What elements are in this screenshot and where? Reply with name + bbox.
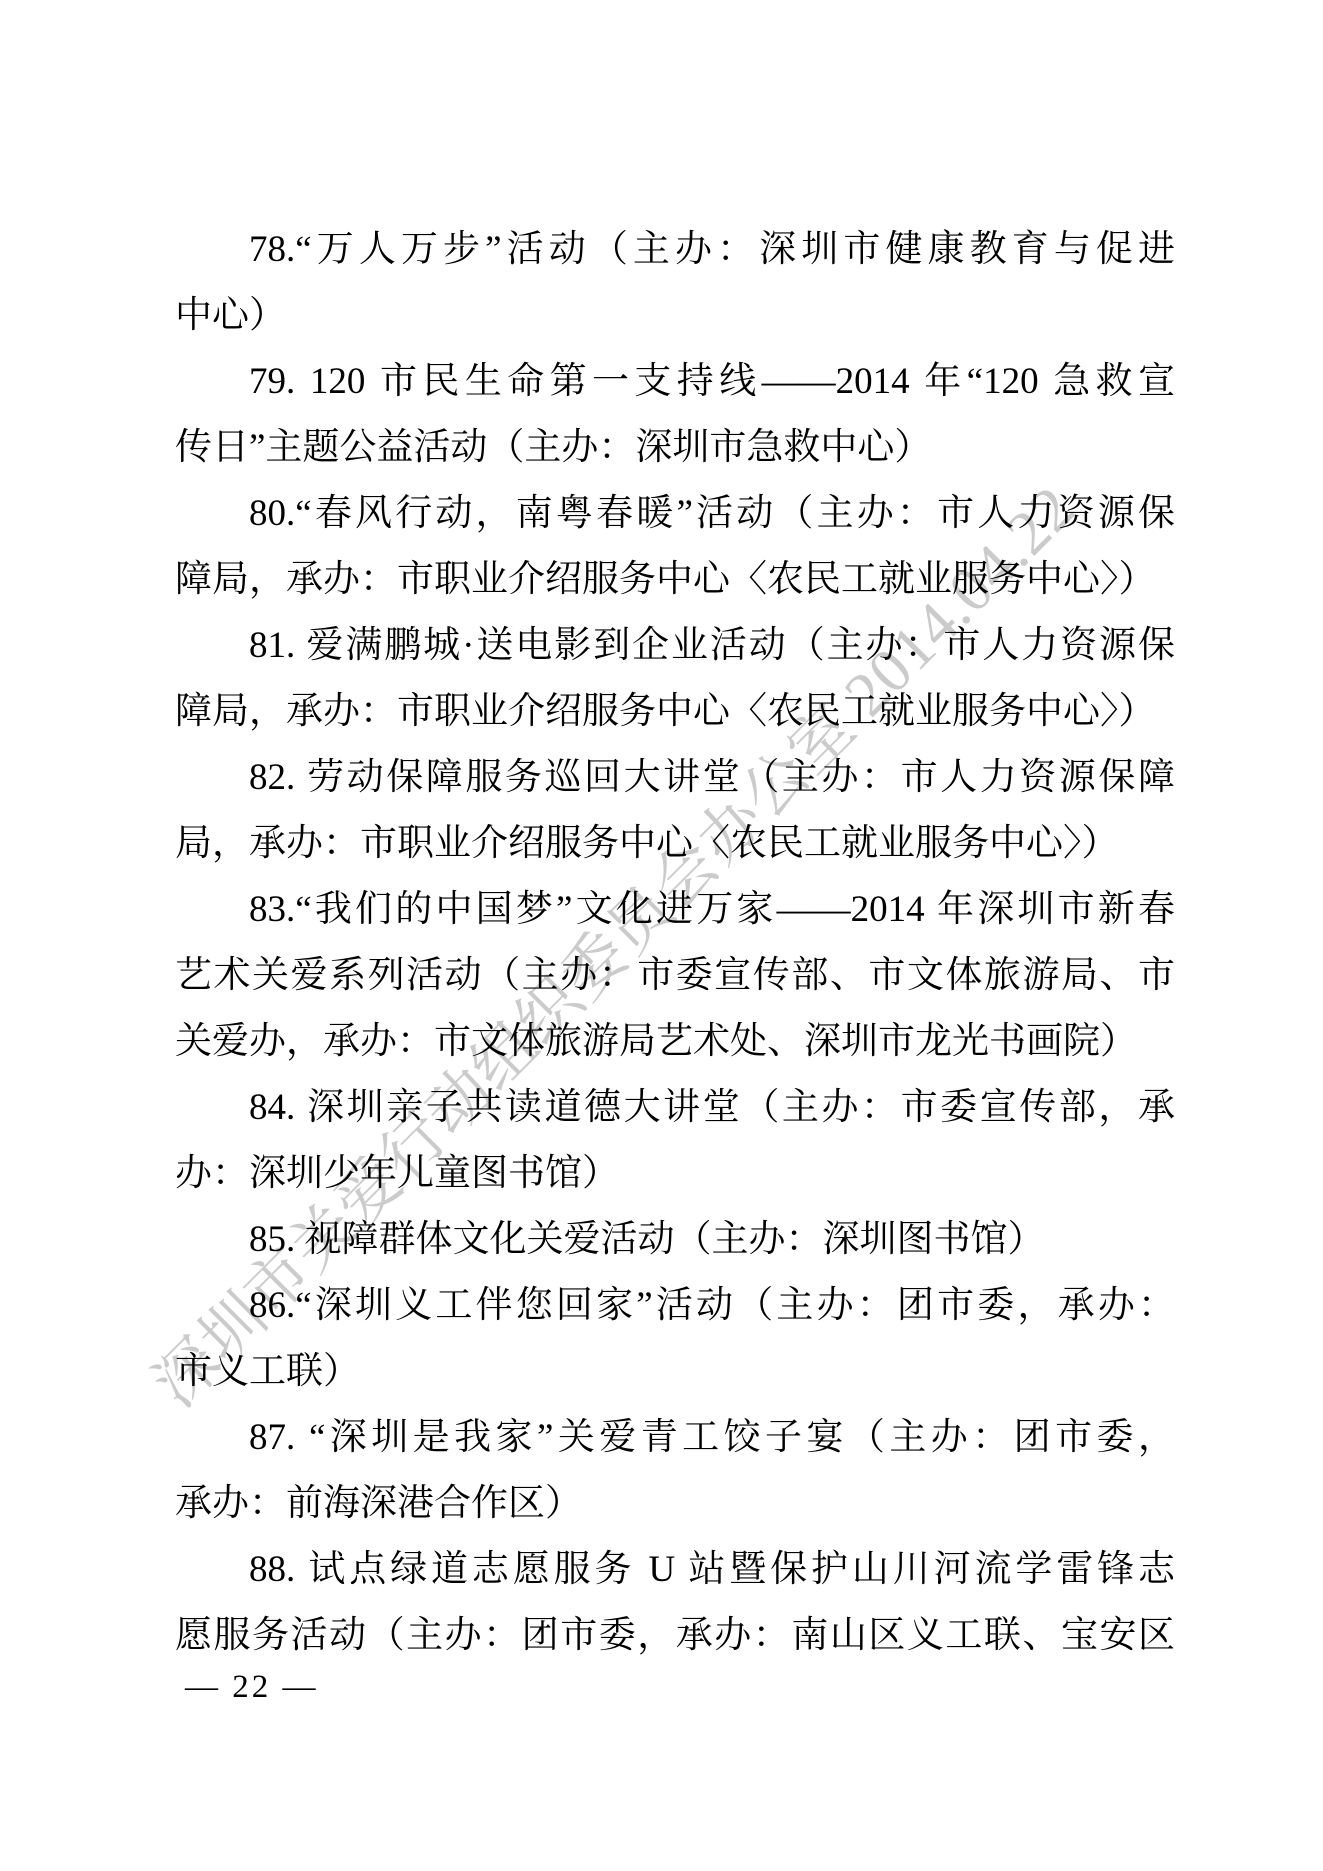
text-line: 局，承办：市职业介绍服务中心〈农民工就业服务中心〉） — [175, 811, 1175, 877]
page-number: — 22 — — [185, 1668, 319, 1706]
text-line: 78.“万人万步”活动（主办：深圳市健康教育与促进 — [175, 217, 1175, 283]
text-line: 艺术关爱系列活动（主办：市委宣传部、市文体旅游局、市 — [175, 943, 1175, 1009]
text-line: 愿服务活动（主办：团市委，承办：南山区义工联、宝安区 — [175, 1603, 1175, 1669]
text-line: 88. 试点绿道志愿服务 U 站暨保护山川河流学雷锋志 — [175, 1537, 1175, 1603]
text-line: 85. 视障群体文化关爱活动（主办：深圳图书馆） — [175, 1207, 1175, 1273]
text-line: 84. 深圳亲子共读道德大讲堂（主办：市委宣传部，承 — [175, 1075, 1175, 1141]
text-line: 障局，承办：市职业介绍服务中心〈农民工就业服务中心〉） — [175, 547, 1175, 613]
text-line: 障局，承办：市职业介绍服务中心〈农民工就业服务中心〉） — [175, 679, 1175, 745]
text-line: 87. “深圳是我家”关爱青工饺子宴（主办：团市委， — [175, 1405, 1175, 1471]
text-line: 市义工联） — [175, 1339, 1175, 1405]
text-line: 86.“深圳义工伴您回家”活动（主办：团市委，承办： — [175, 1273, 1175, 1339]
document-body: 78.“万人万步”活动（主办：深圳市健康教育与促进中心）79. 120 市民生命… — [175, 217, 1175, 1669]
text-line: 80.“春风行动，南粤春暖”活动（主办：市人力资源保 — [175, 481, 1175, 547]
document-page: 深圳市关爱行动组织委员会办公室 2014.04.22 78.“万人万步”活动（主… — [0, 0, 1323, 1871]
text-line: 关爱办，承办：市文体旅游局艺术处、深圳市龙光书画院） — [175, 1009, 1175, 1075]
text-line: 82. 劳动保障服务巡回大讲堂（主办：市人力资源保障 — [175, 745, 1175, 811]
text-line: 承办：前海深港合作区） — [175, 1471, 1175, 1537]
text-line: 83.“我们的中国梦”文化进万家——2014 年深圳市新春 — [175, 877, 1175, 943]
text-line: 办：深圳少年儿童图书馆） — [175, 1141, 1175, 1207]
text-line: 传日”主题公益活动（主办：深圳市急救中心） — [175, 415, 1175, 481]
text-line: 中心） — [175, 283, 1175, 349]
text-line: 79. 120 市民生命第一支持线——2014 年“120 急救宣 — [175, 349, 1175, 415]
text-line: 81. 爱满鹏城·送电影到企业活动（主办：市人力资源保 — [175, 613, 1175, 679]
